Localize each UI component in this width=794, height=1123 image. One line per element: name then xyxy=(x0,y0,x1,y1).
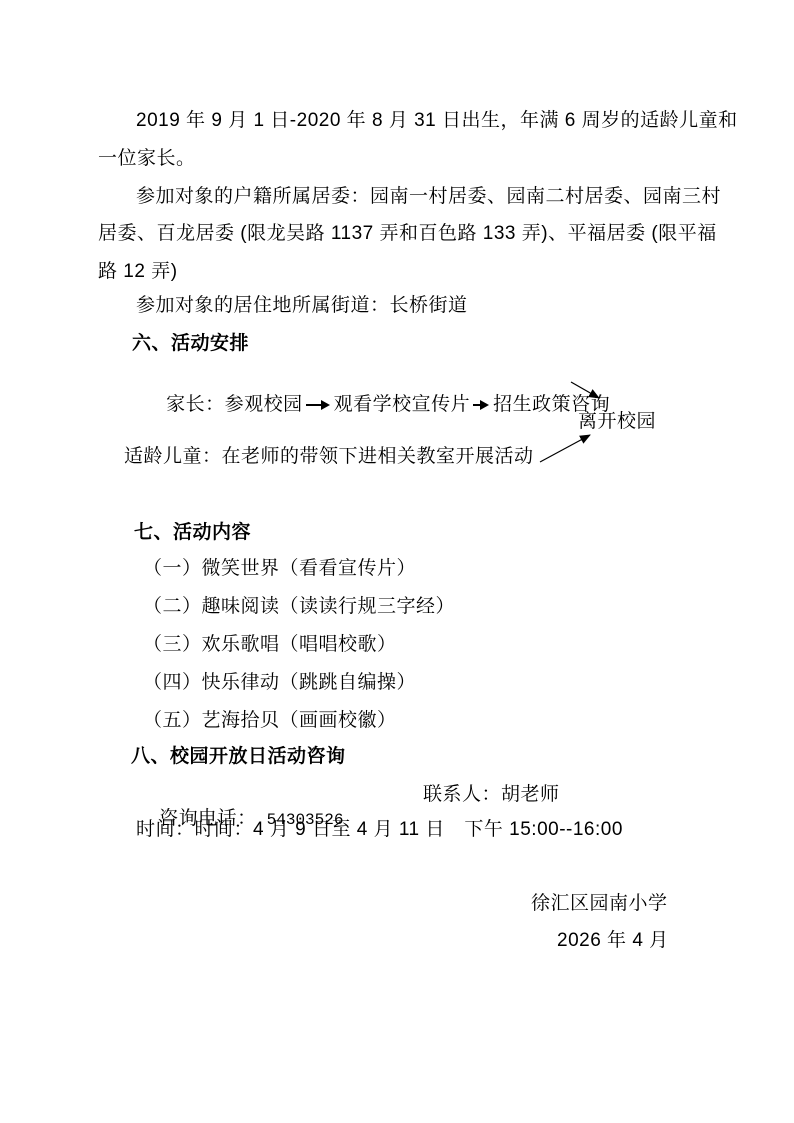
time-line: 时间：时间：4 月 9 日至 4 月 11 日 下午 15:00--16:00 xyxy=(136,818,623,842)
flow-connector-arrows xyxy=(520,375,700,475)
committees-line-3: 路 12 弄) xyxy=(98,260,178,284)
arrow-right-icon xyxy=(473,400,489,410)
arrow-right-icon xyxy=(306,400,330,410)
activity-item-2: （二）趣味阅读（读读行规三字经） xyxy=(143,595,455,619)
contact-line: 联系人：胡老师 xyxy=(423,783,560,807)
activity-item-1: （一）微笑世界（看看宣传片） xyxy=(143,557,416,581)
signature-date: 2026 年 4 月 xyxy=(557,929,669,953)
activity-item-5: （五）艺海拾贝（画画校徽） xyxy=(143,709,397,733)
eligibility-line-1: 2019 年 9 月 1 日-2020 年 8 月 31 日出生，年满 6 周岁… xyxy=(136,109,738,133)
activity-item-4: （四）快乐律动（跳跳自编操） xyxy=(143,671,416,695)
committees-line-1: 参加对象的户籍所属居委：园南一村居委、园南二村居委、园南三村 xyxy=(136,185,721,209)
document-page: 2019 年 9 月 1 日-2020 年 8 月 31 日出生，年满 6 周岁… xyxy=(0,0,794,1123)
signature-school: 徐汇区园南小学 xyxy=(531,892,668,916)
children-flow-line: 适龄儿童：在老师的带领下进相关教室开展活动 xyxy=(124,445,534,469)
activity-item-3: （三）欢乐歌唱（唱唱校歌） xyxy=(143,633,397,657)
parents-flow-step-2: 观看学校宣传片 xyxy=(334,394,471,415)
street-line: 参加对象的居住地所属街道：长桥街道 xyxy=(136,294,468,318)
parents-flow-step-1: 家长：参观校园 xyxy=(166,394,303,415)
committees-line-2: 居委、百龙居委 (限龙吴路 1137 弄和百色路 133 弄)、平福居委 (限平… xyxy=(98,222,717,246)
section6-heading: 六、活动安排 xyxy=(132,332,249,356)
eligibility-line-2: 一位家长。 xyxy=(98,147,196,171)
section8-heading: 八、校园开放日活动咨询 xyxy=(131,745,346,769)
diagonal-arrow-down-icon xyxy=(571,382,599,398)
diagonal-arrow-up-icon xyxy=(540,435,590,462)
section7-heading: 七、活动内容 xyxy=(134,521,251,545)
